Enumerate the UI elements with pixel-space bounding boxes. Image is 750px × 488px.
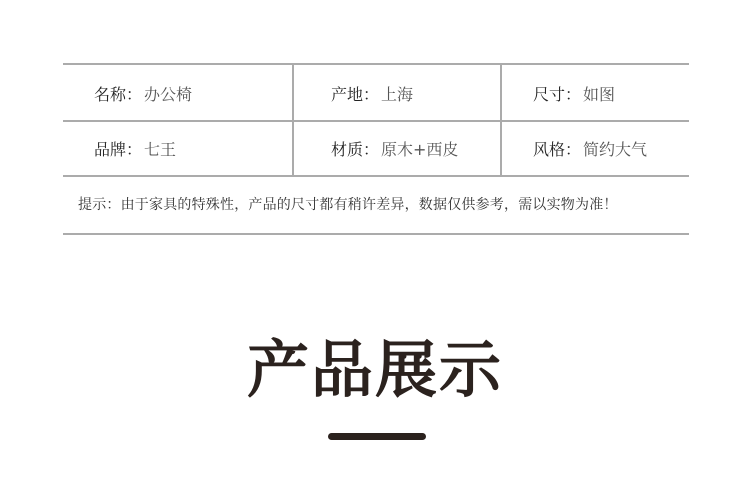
table-border-bottom <box>63 233 689 235</box>
spec-label: 材质： <box>331 140 379 159</box>
spec-style: 风格：简约大气 <box>533 140 647 160</box>
spec-size: 尺寸：如图 <box>533 85 615 105</box>
spec-origin: 产地：上海 <box>331 85 413 105</box>
spec-value: 上海 <box>381 85 413 104</box>
section-title: 产品展示 <box>0 332 750 408</box>
disclaimer-note: 提示：由于家具的特殊性，产品的尺寸都有稍许差异，数据仅供参考，需以实物为准！ <box>78 195 618 215</box>
spec-label: 尺寸： <box>533 85 581 104</box>
spec-label: 风格： <box>533 140 581 159</box>
table-divider-row1 <box>63 120 689 122</box>
spec-value: 简约大气 <box>583 140 647 159</box>
table-column-divider-2 <box>500 63 502 176</box>
spec-value: 七王 <box>144 140 176 159</box>
spec-value: 如图 <box>583 85 615 104</box>
spec-material: 材质：原木+西皮 <box>331 140 458 160</box>
spec-label: 产地： <box>331 85 379 104</box>
spec-value: 原木+西皮 <box>381 140 458 159</box>
spec-name: 名称：办公椅 <box>94 85 192 105</box>
section-title-underline <box>328 433 426 440</box>
spec-label: 品牌： <box>94 140 142 159</box>
spec-value: 办公椅 <box>144 85 192 104</box>
table-divider-row2 <box>63 175 689 177</box>
table-column-divider-1 <box>292 63 294 176</box>
table-border-top <box>63 63 689 65</box>
spec-brand: 品牌：七王 <box>94 140 176 160</box>
spec-label: 名称： <box>94 85 142 104</box>
